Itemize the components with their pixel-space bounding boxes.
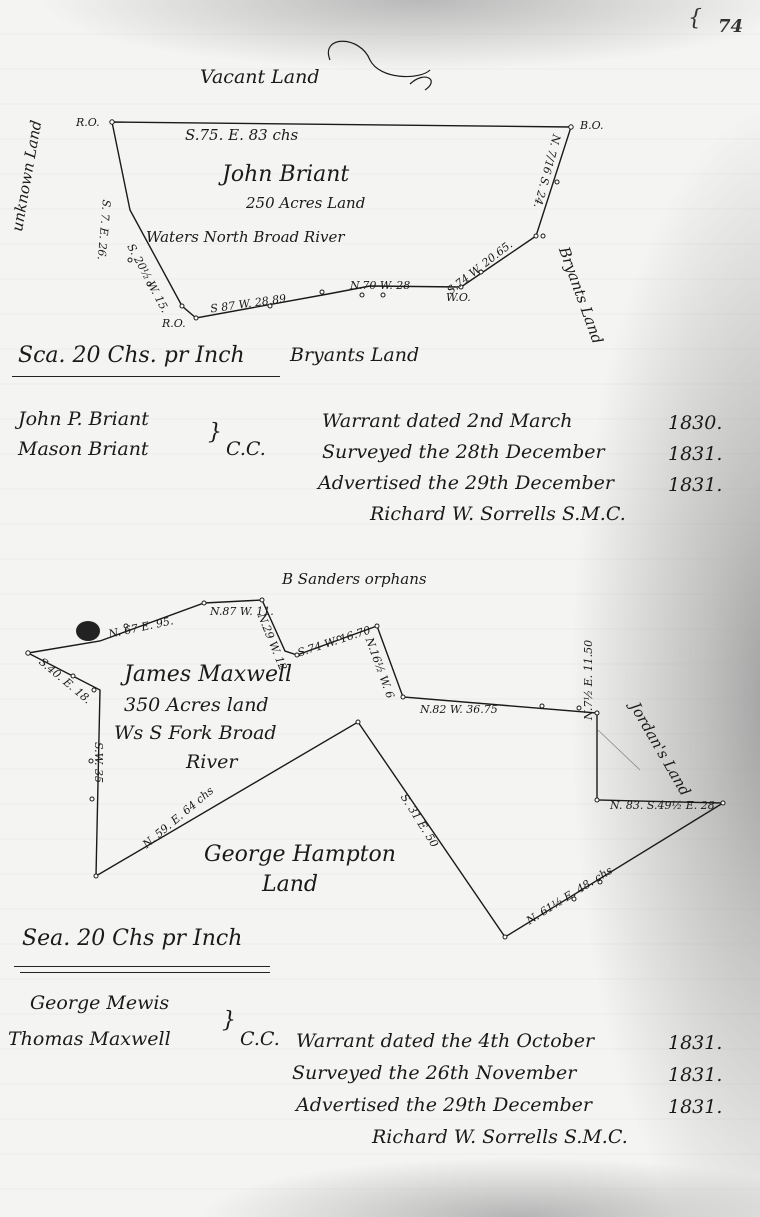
plat1-warrant: Warrant dated 2nd March [322, 412, 572, 431]
plat1-chain-carriers-brace: } [208, 422, 222, 444]
plat1-corner-nw: R.O. [76, 117, 100, 128]
plat2-chain-carrier-1: George Mewis [30, 994, 169, 1013]
plat1-surveyed-year: 1831. [668, 445, 722, 464]
plat1-acreage: 250 Acres Land [246, 196, 365, 211]
plat2-advertised-year: 1831. [668, 1098, 722, 1117]
plat2-surveyed-year: 1831. [668, 1066, 722, 1085]
plat1-surveyor-signature: Richard W. Sorrells S.M.C. [370, 505, 626, 524]
plat1-south-neighbor: Bryants Land [290, 346, 419, 365]
plat2-warrant-year: 1831. [668, 1034, 722, 1053]
plat2-north-neighbor: B Sanders orphans [282, 572, 427, 587]
plat2-chain-carrier-2: Thomas Maxwell [8, 1030, 171, 1049]
plat2-south-neighbor-land: Land [262, 874, 318, 896]
plat2-warrant: Warrant dated the 4th October [296, 1032, 594, 1051]
plat1-boundary [112, 122, 571, 318]
plat2-acreage: 350 Acres land [124, 696, 269, 715]
plat1-advertised-year: 1831. [668, 476, 722, 495]
plat2-scale: Sea. 20 Chs pr Inch [22, 928, 242, 950]
plat2-south-neighbor: George Hampton [204, 844, 396, 866]
plat1-advertised: Advertised the 29th December [318, 474, 614, 493]
plat2-surveyed: Surveyed the 26th November [292, 1064, 576, 1083]
plat2-scale-rule [14, 966, 270, 967]
page-number: 74 [718, 16, 743, 37]
plat2-owner-name: James Maxwell [124, 664, 292, 686]
plat1-chain-carriers-label: C.C. [226, 440, 266, 459]
plat1-owner-name: John Briant [222, 164, 349, 186]
plat1-waters: Waters North Broad River [146, 230, 345, 245]
plat1-corner-ne: B.O. [580, 120, 603, 131]
plat2-advertised: Advertised the 29th December [296, 1096, 592, 1115]
plat1-scale: Sca. 20 Chs. pr Inch [18, 345, 245, 367]
plat1-scale-rule [12, 376, 280, 377]
plat2-line-e1: N.7½ E. 11.50 [583, 640, 594, 720]
plat2-line-e2: N. 83. S.49½ E. 28 [610, 800, 715, 811]
plat1-surveyed: Surveyed the 28th December [322, 443, 605, 462]
plat2-waters: Ws S Fork Broad [114, 724, 277, 743]
plat2-surveyor-signature: Richard W. Sorrells S.M.C. [372, 1128, 628, 1147]
plat2-chain-carriers-brace: } [222, 1010, 236, 1032]
plat1-corner-se: W.O. [446, 292, 471, 303]
plat2-scale-rule-2 [20, 972, 270, 973]
plat1-warrant-year: 1830. [668, 414, 722, 433]
plat2-line-n5: N.82 W. 36.75 [420, 704, 498, 715]
plat2-line-w2: S.W. 35 [93, 742, 104, 783]
plat1-corner-sw: R.O. [162, 318, 186, 329]
plat1-line-south2: N.70 W. 28 [350, 280, 410, 291]
plat2-waters-river: River [186, 753, 237, 772]
plat1-chain-carrier-1: John P. Briant [18, 410, 149, 429]
plat2-chain-carriers-label: C.C. [240, 1030, 280, 1049]
corner-brace: { [688, 6, 702, 31]
plat1-line-north: S.75. E. 83 chs [185, 128, 298, 143]
plat1-chain-carrier-2: Mason Briant [18, 440, 149, 459]
plat1-north-neighbor: Vacant Land [200, 68, 320, 87]
